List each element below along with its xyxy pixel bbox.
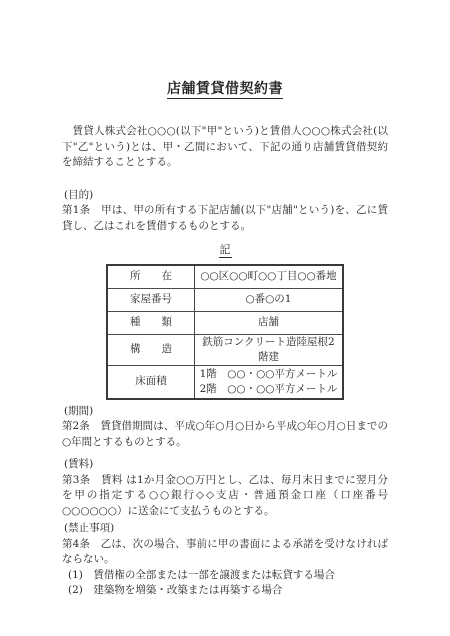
prohibited-item-1: (1) 賃借権の全部または一部を譲渡または転貸する場合: [62, 568, 388, 584]
cell-location-value: ○○区○○町○○丁目○○番地: [195, 265, 344, 289]
cell-type-value: 店舗: [195, 311, 344, 334]
clause-article-2: 第2条 賃貸借期間は、平成○年○月○日から平成○年○月○日までの○年間とするもの…: [62, 419, 388, 450]
cell-location-label: 所 在: [107, 265, 195, 289]
document-body: 賃貸人株式会社○○○(以下"甲"という)と賃借人○○○株式会社(以下"乙"という…: [62, 124, 388, 599]
cell-structure-value: 鉄筋コンクリート造陸屋根2階建: [195, 334, 344, 365]
floor-area-line-1: 1階 ○○・○○平方メートル: [198, 367, 339, 382]
table-row-type: 種 類 店舗: [107, 311, 343, 334]
document-title-text: 店舗賃貸借契約書: [167, 81, 283, 99]
table-row-location: 所 在 ○○区○○町○○丁目○○番地: [107, 265, 343, 289]
intro-paragraph: 賃貸人株式会社○○○(以下"甲"という)と賃借人○○○株式会社(以下"乙"という…: [62, 124, 388, 171]
cell-house-number-label: 家屋番号: [107, 288, 195, 311]
section-heading-prohibitions: (禁止事項): [62, 521, 388, 537]
section-heading-period: (期間): [62, 404, 388, 420]
note-mark-text: 記: [219, 243, 232, 258]
cell-structure-label: 構 造: [107, 334, 195, 365]
table-row-house-number: 家屋番号 ○番○の1: [107, 288, 343, 311]
table-row-floor-area: 床面積 1階 ○○・○○平方メートル 2階 ○○・○○平方メートル: [107, 365, 343, 399]
cell-house-number-value: ○番○の1: [195, 288, 344, 311]
table-row-structure: 構 造 鉄筋コンクリート造陸屋根2階建: [107, 334, 343, 365]
clause-article-1: 第1条 甲は、甲の所有する下記店舗(以下"店舗"という)を、乙に賃貸し、乙はこれ…: [62, 203, 388, 234]
note-mark: 記: [62, 242, 388, 258]
lease-contract-document: 店舗賃貸借契約書 賃貸人株式会社○○○(以下"甲"という)と賃借人○○○株式会社…: [0, 0, 450, 636]
clause-article-3: 第3条 賃料 は1か月金○○万円とし、乙は、毎月末日までに翌月分を甲の指定する○…: [62, 473, 388, 520]
property-table: 所 在 ○○区○○町○○丁目○○番地 家屋番号 ○番○の1 種 類 店舗 構 造…: [106, 264, 344, 400]
clause-article-4: 第4条 乙は、次の場合、事前に甲の書面による承諾を受けなければならない。: [62, 537, 388, 568]
floor-area-line-2: 2階 ○○・○○平方メートル: [198, 382, 339, 397]
document-title: 店舗賃貸借契約書: [0, 78, 450, 98]
section-heading-purpose: (目的): [62, 188, 388, 204]
cell-type-label: 種 類: [107, 311, 195, 334]
prohibited-item-2: (2) 建築物を増築・改築または再築する場合: [62, 583, 388, 599]
section-heading-rent: (賃料): [62, 457, 388, 473]
cell-floor-area-value: 1階 ○○・○○平方メートル 2階 ○○・○○平方メートル: [195, 365, 344, 399]
cell-floor-area-label: 床面積: [107, 365, 195, 399]
property-table-body: 所 在 ○○区○○町○○丁目○○番地 家屋番号 ○番○の1 種 類 店舗 構 造…: [107, 265, 343, 399]
